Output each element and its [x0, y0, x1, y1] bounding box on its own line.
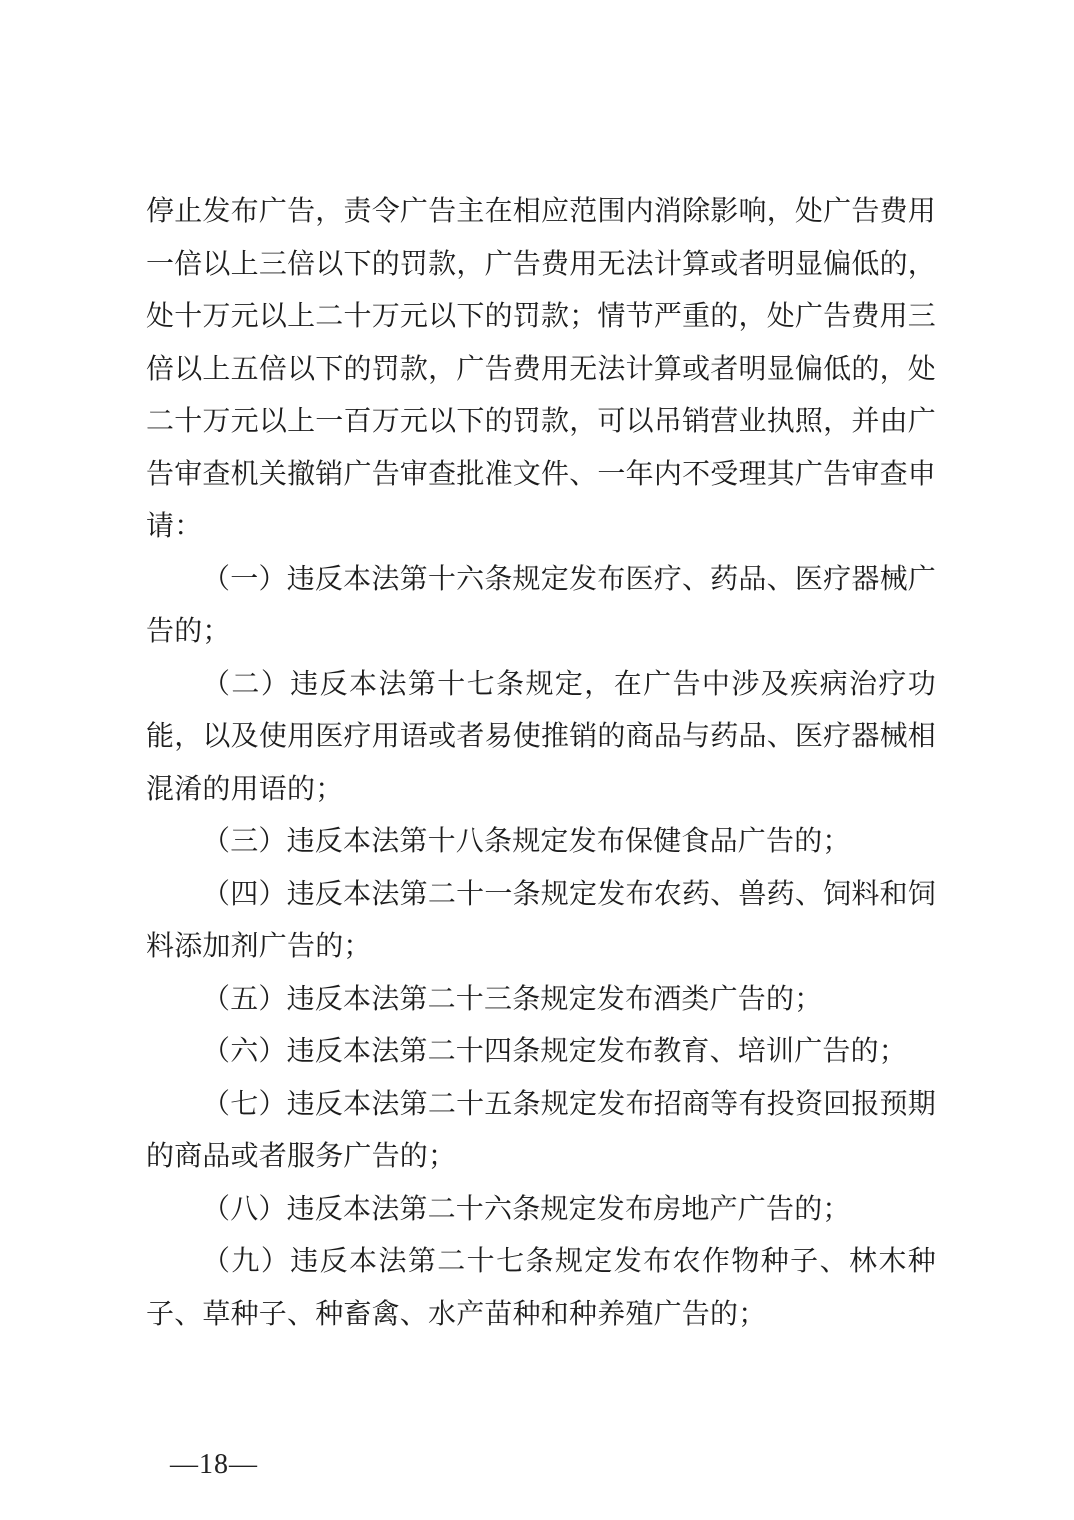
- list-item-paragraph-2: （二）违反本法第十七条规定，在广告中涉及疾病治疗功能，以及使用医疗用语或者易使推…: [146, 659, 936, 817]
- list-item-paragraph-9: （九）违反本法第二十七条规定发布农作物种子、林木种子、草种子、种畜禽、水产苗种和…: [146, 1236, 936, 1341]
- list-item-paragraph-8: （八）违反本法第二十六条规定发布房地产广告的；: [146, 1184, 936, 1237]
- page-number: —18—: [170, 1448, 258, 1482]
- body-paragraph-continuation: 停止发布广告，责令广告主在相应范围内消除影响，处广告费用一倍以上三倍以下的罚款，…: [146, 186, 936, 554]
- document-body: 停止发布广告，责令广告主在相应范围内消除影响，处广告费用一倍以上三倍以下的罚款，…: [146, 186, 936, 1341]
- list-item-paragraph-6: （六）违反本法第二十四条规定发布教育、培训广告的；: [146, 1026, 936, 1079]
- list-item-paragraph-1: （一）违反本法第十六条规定发布医疗、药品、医疗器械广告的；: [146, 554, 936, 659]
- list-item-paragraph-7: （七）违反本法第二十五条规定发布招商等有投资回报预期的商品或者服务广告的；: [146, 1079, 936, 1184]
- list-item-paragraph-3: （三）违反本法第十八条规定发布保健食品广告的；: [146, 816, 936, 869]
- document-page: 停止发布广告，责令广告主在相应范围内消除影响，处广告费用一倍以上三倍以下的罚款，…: [0, 0, 1074, 1520]
- list-item-paragraph-5: （五）违反本法第二十三条规定发布酒类广告的；: [146, 974, 936, 1027]
- list-item-paragraph-4: （四）违反本法第二十一条规定发布农药、兽药、饲料和饲料添加剂广告的；: [146, 869, 936, 974]
